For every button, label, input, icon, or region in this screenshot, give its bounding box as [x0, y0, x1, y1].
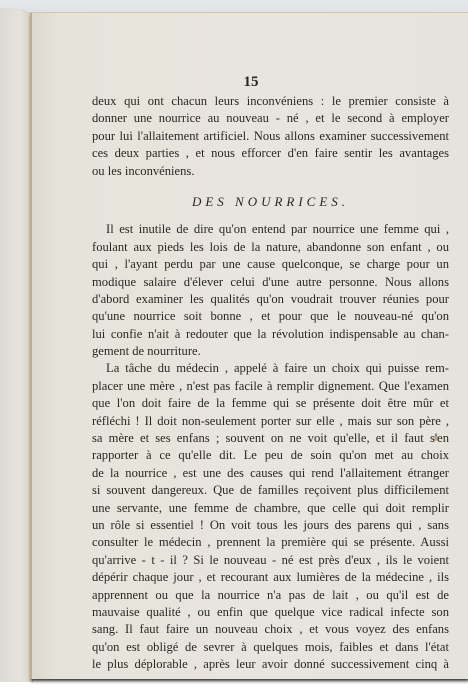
text-line: placer une mère , n'est pas facile à rem…	[92, 378, 449, 395]
text-line: sang. Il faut faire un nouveau choix , e…	[92, 621, 449, 638]
text-line: Il est inutile de dire qu'on entend par …	[92, 221, 449, 238]
section-heading: DES NOURRICES.	[92, 193, 449, 210]
text-line: le plus déplorable , après leur avoir do…	[92, 656, 449, 673]
text-line: lui confie n'ait à redouter que la révol…	[92, 326, 449, 343]
text-line: pour lui l'allaitement artificiel. Nous …	[92, 128, 449, 145]
text-line: gement de nourriture.	[92, 343, 449, 360]
text-line: qui , l'ayant perdu par une cause quelco…	[92, 256, 449, 273]
text-line: de la nourrice , est une des causes qui …	[92, 465, 449, 482]
text-line: La tâche du médecin , appelé à faire un …	[92, 360, 449, 377]
text-line: réfléchi ! Il doit non-seulement porter …	[92, 413, 449, 430]
text-line: foulant aux pieds les lois de la nature,…	[92, 239, 449, 256]
text-line: une servante, une femme de chambre, que …	[92, 500, 449, 517]
text-line: sa mère et ses enfans ; souvent on ne vo…	[92, 430, 449, 447]
text-line: un rôle si essentiel ! On voit tous les …	[92, 517, 449, 534]
text-line: apprennent ou que la nourrice n'a pas de…	[92, 587, 449, 604]
text-line: deux qui ont chacun leurs inconvéniens :…	[92, 93, 449, 110]
text-line: que l'on doit faire de la femme qui se p…	[92, 395, 449, 412]
book-page: 15 deux qui ont chacun leurs inconvénien…	[30, 12, 468, 679]
text-line: consulter le médecin , prennent la premi…	[92, 534, 449, 551]
text-line: qu'on est obligé de sevrer à quelques mo…	[92, 639, 449, 656]
page-number: 15	[32, 74, 468, 91]
text-line: qu'arrive - t - il ? Si le nouveau - né …	[92, 552, 449, 569]
text-line: ou les inconvéniens.	[92, 163, 449, 180]
text-line: dépérir chaque jour , et recourant aux l…	[92, 569, 449, 586]
text-line: si souvent dangereux. Que de familles re…	[92, 482, 449, 499]
page-text: deux qui ont chacun leurs inconvéniens :…	[92, 93, 449, 674]
previous-page-edge	[0, 8, 33, 682]
text-line: qu'une nourrice soit bonne , et pour que…	[92, 308, 449, 325]
text-line: donner une nourrice au nouveau - né , et…	[92, 110, 449, 127]
text-line: modique salaire d'élever celui d'une aut…	[92, 274, 449, 291]
text-line: mauvaise qualité , ou enfin que quelque …	[92, 604, 449, 621]
text-line: ces deux parties , et nous efforcer d'en…	[92, 145, 449, 162]
text-line: rapporter à ce qu'elle dit. Le peu de so…	[92, 447, 449, 464]
text-line: d'abord examiner les qualités qu'on voud…	[92, 291, 449, 308]
